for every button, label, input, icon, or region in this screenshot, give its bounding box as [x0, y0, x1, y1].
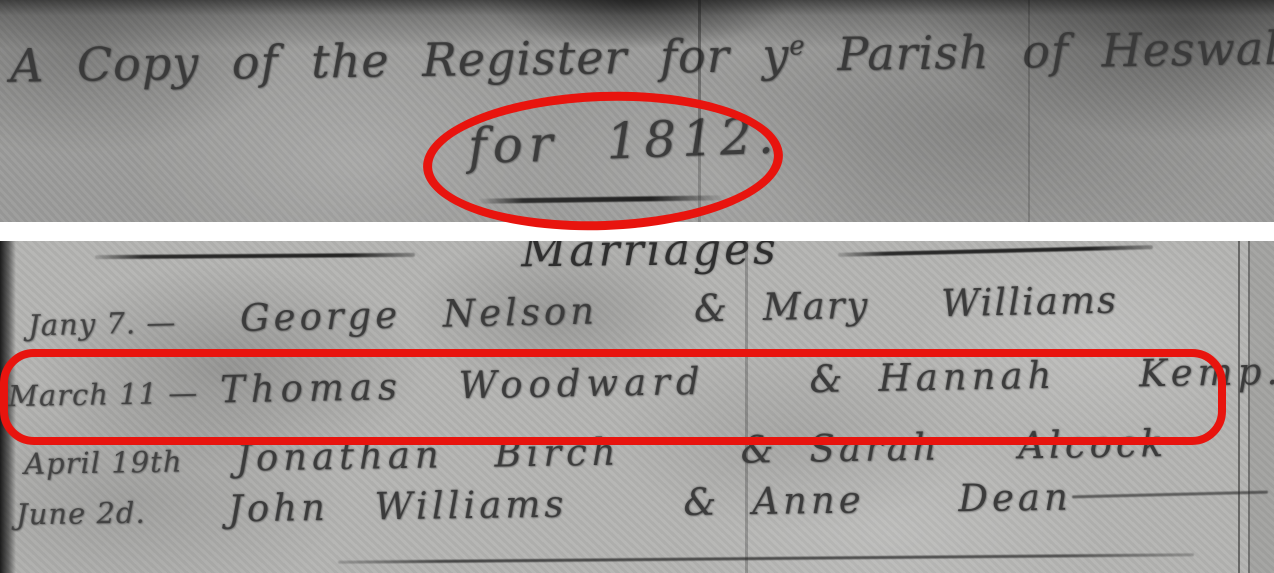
bottom-rule-line — [338, 553, 1194, 563]
page-margin-rule — [1248, 241, 1250, 573]
entry-date: April 19th — [24, 444, 237, 481]
parish-register-scan: A Copy of the Register for ye Parish of … — [0, 0, 1274, 573]
marriage-entry: Jany 7. — George Nelson & Mary Williams — [28, 279, 1119, 345]
entry-ampersand: & — [693, 287, 729, 331]
entry-date: June 2d. — [16, 494, 228, 531]
marriages-heading: Marriages — [470, 241, 831, 278]
entry-bride: Mary Williams — [762, 279, 1118, 329]
register-title-superscript: e — [789, 31, 805, 61]
register-title-prefix: A Copy of the Register for y — [10, 28, 790, 93]
paper-fold-line — [1028, 0, 1030, 222]
entry-ampersand: & — [683, 481, 719, 524]
header-flourish-dash — [95, 253, 415, 259]
red-box-annotation-woodward-kemp-entry — [0, 349, 1226, 445]
entry-date: Jany 7. — — [28, 304, 241, 342]
entry-groom: John Williams — [228, 483, 568, 531]
marriage-entry: June 2d. John Williams & Anne Dean — [16, 476, 1072, 534]
register-title: A Copy of the Register for ye Parish of … — [10, 21, 1267, 93]
entry-groom: George Nelson — [240, 289, 599, 339]
register-title-suffix: Parish of Heswall — [804, 21, 1274, 82]
page-edge-shade — [1250, 241, 1274, 573]
entry-bride: Anne Dean — [752, 476, 1072, 523]
header-flourish-dash — [838, 245, 1153, 257]
page-margin-rule — [1238, 241, 1240, 573]
